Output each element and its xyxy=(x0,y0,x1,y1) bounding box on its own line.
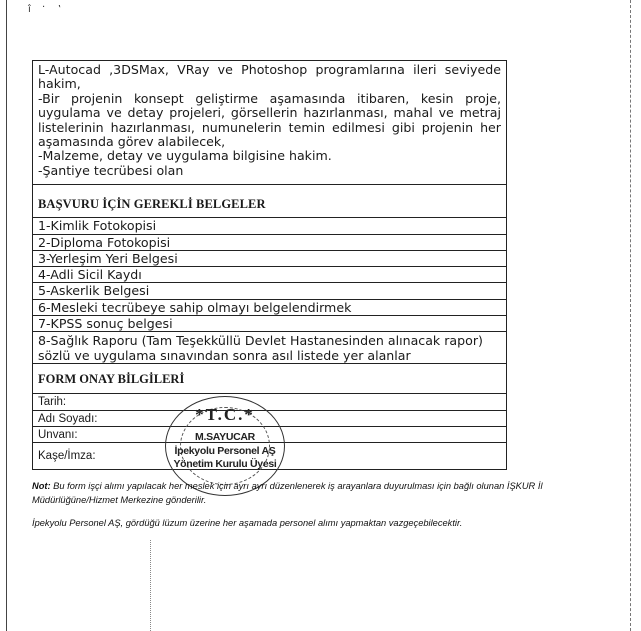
page-fold-bottom xyxy=(150,540,151,631)
scan-mark: · xyxy=(42,2,45,13)
document-item: 4-Adli Sicil Kaydı xyxy=(33,267,506,283)
scan-mark: ‛ xyxy=(58,4,61,15)
document-item: 8-Sağlık Raporu (Tam Teşekküllü Devlet H… xyxy=(33,332,506,364)
field-label: Kaşe/İmza: xyxy=(38,450,96,462)
document-item: 6-Mesleki tecrübeye sahip olmayı belgele… xyxy=(33,300,506,316)
document-item: 1-Kimlik Fotokopisi xyxy=(33,218,506,234)
stamp-role: Yönetim Kurulu Üyesi xyxy=(166,458,284,470)
field-label: Tarih: xyxy=(38,396,66,408)
disclaimer: İpekyolu Personel AŞ, gördüğü lüzum üzer… xyxy=(32,517,602,531)
form-approval-title: FORM ONAY BİLGİLERİ xyxy=(33,364,506,394)
stamp-tc: *T.C.* xyxy=(166,405,284,425)
stamp-company: İpekyolu Personel AŞ xyxy=(166,445,284,457)
page-fold-right xyxy=(630,0,631,631)
note-text: Bu form işçi alımı yapılacak her meslek … xyxy=(32,481,543,505)
job-description: L-Autocad ,3DSMax, VRay ve Photoshop pro… xyxy=(33,61,506,185)
description-line: -Bir projenin konsept geliştirme aşaması… xyxy=(38,92,501,150)
document-item: 7-KPSS sonuç belgesi xyxy=(33,316,506,332)
document-item: 3-Yerleşim Yeri Belgesi xyxy=(33,251,506,267)
page-edge-left xyxy=(6,0,7,631)
document-item: 2-Diploma Fotokopisi xyxy=(33,235,506,251)
footer-notes: Not: Bu form işçi alımı yapılacak her me… xyxy=(32,480,602,531)
field-label: Unvanı: xyxy=(38,429,78,441)
field-label: Adı Soyadı: xyxy=(38,413,97,425)
document-item: 5-Askerlik Belgesi xyxy=(33,283,506,299)
scan-mark: î xyxy=(28,4,31,15)
note-label: Not: xyxy=(32,481,51,491)
stamp-name: M.SAYUCAR xyxy=(166,431,284,443)
description-line: L-Autocad ,3DSMax, VRay ve Photoshop pro… xyxy=(38,63,501,92)
required-documents-title: BAŞVURU İÇİN GEREKLİ BELGELER xyxy=(33,185,506,218)
note-paragraph: Not: Bu form işçi alımı yapılacak her me… xyxy=(32,480,602,507)
description-line: -Malzeme, detay ve uygulama bilgisine ha… xyxy=(38,149,501,163)
description-line: -Şantiye tecrübesi olan xyxy=(38,164,501,178)
